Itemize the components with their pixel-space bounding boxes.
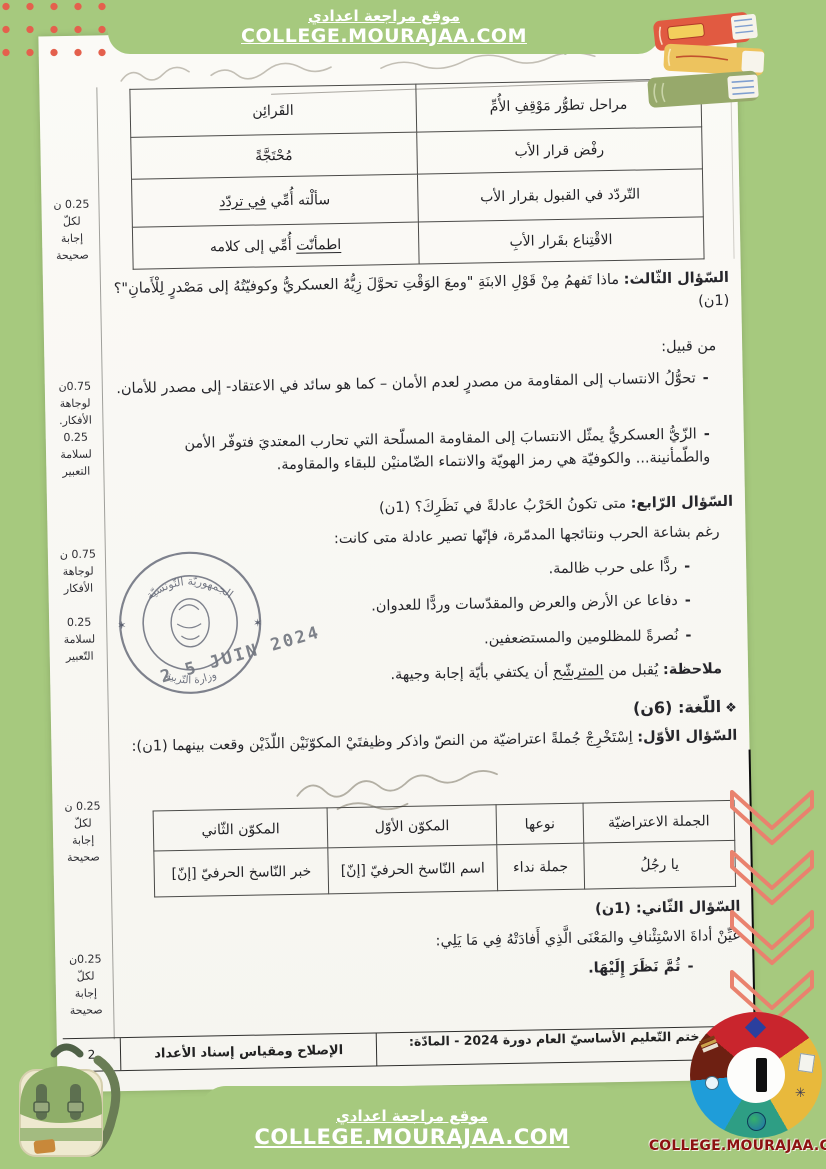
- logo-mark: [756, 1058, 767, 1092]
- note-text: يُقبل من: [603, 662, 663, 679]
- margin-note: 0.25 ن لكلّ إجابة صحيحة: [45, 195, 98, 264]
- site-url-link[interactable]: COLLEGE.MOURAJAA.COM: [254, 1125, 569, 1149]
- clover-bullet-icon: ❖: [725, 701, 737, 716]
- margin-note: 0.25ن لكلّ إجابة صحيحة: [59, 950, 112, 1019]
- data-cell: اسم النّاسخ الحرفيّ [إنّ]: [328, 845, 497, 894]
- note-underlined-text: المترشّح: [553, 663, 604, 680]
- language-title-text: اللّغة: (6ن): [633, 697, 721, 718]
- margin-note: 0.75ن لوجاهة الأفكار. 0.25 لسلامة التعبي…: [49, 377, 103, 480]
- site-name-arabic[interactable]: موقع مراجعة اعدادي: [308, 7, 460, 25]
- bottom-site-banner: موقع مراجعة اعدادي COLLEGE.MOURAJAA.COM: [200, 1086, 624, 1169]
- language-question-1-label: السّؤال الأوّل:: [637, 728, 737, 746]
- clue-underlined-text: اطمأنّت: [296, 236, 341, 253]
- header-cell: الجملة الاعتراضيّة: [583, 800, 735, 843]
- question-3-intro: من قبيل:: [104, 335, 730, 370]
- globe-icon: [747, 1112, 766, 1131]
- clue-text: أُمِّي إلى كلامه: [210, 237, 297, 255]
- question-3-label: السّؤال الثّالث:: [624, 270, 730, 288]
- language-question-1: السّؤال الأوّل: اِسْتَخْرِجْ جُملةً اعتر…: [111, 725, 737, 760]
- language-question-2: السّؤال الثّاني: (1ن): [114, 896, 740, 931]
- dot-grid-decoration: [0, 0, 118, 60]
- answer-text: نُصرةً للمظلومين والمستضعفين.: [484, 628, 679, 648]
- top-site-banner: موقع مراجعة اعدادي COLLEGE.MOURAJAA.COM: [108, 0, 660, 54]
- dash-bullet: -: [678, 593, 691, 609]
- dash-bullet: -: [697, 426, 710, 442]
- dash-bullet: -: [677, 559, 690, 575]
- language-question-1-text: اِسْتَخْرِجْ جُملةً اعتراضيّة من النصّ و…: [131, 730, 637, 755]
- clue-cell: سألْته أُمِّي في تردّد: [132, 174, 418, 227]
- answer-text: تحوُّلُ الانتساب إلى المقاومة من مصدرٍ ل…: [116, 370, 696, 397]
- data-cell: خبر النّاسخ الحرفيّ [إنّ]: [154, 848, 329, 897]
- clue-underlined-text: في تردّد: [219, 193, 266, 210]
- header-cell: المكوّن الثّاني: [153, 808, 328, 851]
- clue-cell: مُحْتَجَّةً: [131, 132, 417, 179]
- note-text: أن يكتفي بأيّة إجابة وجيهة.: [390, 664, 553, 683]
- answer-item: -تحوُّلُ الانتساب إلى المقاومة من مصدرٍ …: [105, 367, 731, 402]
- margin-note: 0.75 ن لوجاهة الأفكار 0.25 لسلامة التّعب…: [52, 545, 106, 665]
- notepad-icon: [798, 1053, 815, 1073]
- question-4-text: متى تكونُ الحَرْبُ عادلةً في نَظَرِكَ؟ (…: [379, 496, 631, 517]
- stages-table: مراحل تطوُّر مَوْقِفِ الأُمِّ القَرائِن …: [129, 78, 704, 269]
- stage-cell: التّردّد في القبول بقرار الأب: [417, 169, 703, 222]
- logo-center: [727, 1047, 785, 1103]
- official-stamp: الجمهوريّة التّونسيّة وزارة التّربية ✶ ✶: [108, 542, 273, 707]
- exam-footer: شهادة ختم التّعليم الأساسيّ العام دورة 2…: [63, 1026, 754, 1073]
- margin-note: 0.25 ن لكلّ إجابة صحيحة: [56, 797, 109, 866]
- dash-bullet: -: [696, 370, 709, 386]
- backpack-icon: [6, 1032, 124, 1168]
- clue-text: سألْته أُمِّي: [266, 192, 330, 209]
- logo-site-url[interactable]: COLLEGE.MOURAJAA.COM: [645, 1138, 826, 1154]
- language-question-2-label: السّؤال الثّاني:: [636, 899, 741, 917]
- answer-text: دفاعا عن الأرض والعرض والمقدّسات وردًّا …: [371, 593, 678, 615]
- books-stack-icon: [636, 6, 786, 108]
- answer-text: ردًّا على حرب ظالمة.: [548, 559, 677, 577]
- question-3: السّؤال الثّالث: ماذا تَفهمُ مِنْ قَوْلِ…: [103, 267, 730, 325]
- language-question-2-text: عَيِّنْ أداةَ الاسْتِئْنافِ والمَعْنَى ا…: [115, 925, 741, 960]
- answer-text: ثُمَّ نَظَرَ إِلَيْهَا.: [588, 959, 681, 977]
- star-icon: ✶: [253, 616, 262, 629]
- question-4-label: السّؤال الرّابع:: [630, 494, 733, 512]
- atom-icon: ✳: [795, 1086, 806, 1101]
- answer-item: -ثُمَّ نَظَرَ إِلَيْهَا.: [115, 955, 741, 990]
- dash-bullet: -: [680, 959, 693, 975]
- star-icon: ✶: [117, 619, 126, 632]
- language-question-2-points: (1ن): [595, 901, 636, 918]
- data-cell: جملة نداء: [497, 843, 585, 891]
- exam-footer-section: الإصلاح ومقياس إسناد الأعداد: [121, 1033, 378, 1070]
- stage-cell: الاقْتِناع بقَرار الأبِ: [418, 217, 704, 264]
- question-4: السّؤال الرّابع: متى تكونُ الحَرْبُ عادل…: [107, 491, 733, 526]
- answer-text: الزّيُّ العسكريُّ يمثّل الانتسابَ إلى ال…: [184, 426, 710, 473]
- site-name-arabic[interactable]: موقع مراجعة اعدادي: [336, 1107, 488, 1125]
- answer-item: -الزّيُّ العسكريُّ يمثّل الانتسابَ إلى ا…: [106, 423, 733, 481]
- parenthetical-table: الجملة الاعتراضيّة نوعها المكوّن الأوّل …: [153, 800, 736, 898]
- flask-icon: [705, 1076, 719, 1090]
- site-url-link[interactable]: COLLEGE.MOURAJAA.COM: [241, 25, 527, 47]
- scanned-exam-page: 0.25 ن لكلّ إجابة صحيحة 0.75ن لوجاهة الأ…: [38, 24, 755, 1093]
- clue-cell: اطمأنّت أُمِّي إلى كلامه: [132, 222, 418, 269]
- clues-header-cell: القَرائِن: [130, 84, 416, 137]
- header-cell: نوعها: [496, 803, 584, 845]
- data-cell: يا رجُلُ: [584, 840, 736, 889]
- dash-bullet: -: [678, 628, 691, 644]
- header-cell: المكوّن الأوّل: [327, 805, 496, 848]
- chevron-down-icons: [726, 788, 818, 1024]
- note-label: ملاحظة:: [663, 661, 722, 678]
- stage-cell: رفْض قرار الأب: [416, 127, 702, 174]
- table-row: يا رجُلُ جملة نداء اسم النّاسخ الحرفيّ […: [154, 840, 736, 897]
